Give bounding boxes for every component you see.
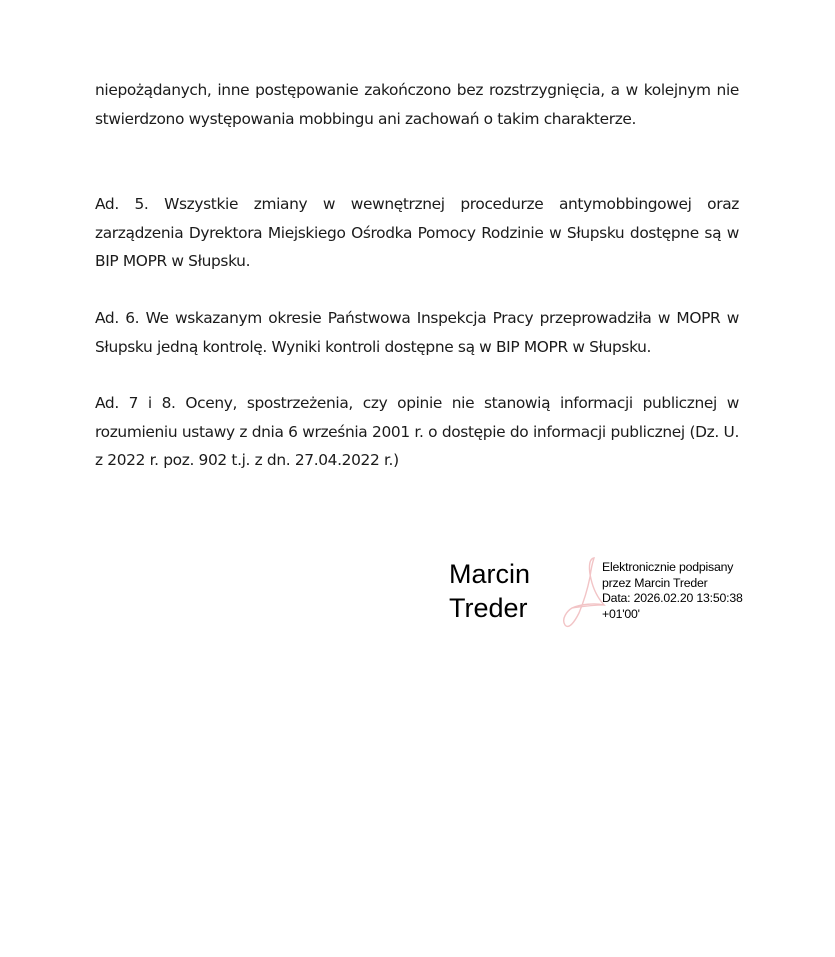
paragraph-ad-5: Ad. 5. Wszystkie zmiany w wewnętrznej pr… (95, 190, 739, 276)
paragraph-continuation: niepożądanych, inne postępowanie zakończ… (95, 76, 739, 133)
signer-last-name: Treder (449, 591, 530, 625)
paragraph-ad-7-8: Ad. 7 i 8. Oceny, spostrzeżenia, czy opi… (95, 389, 739, 475)
signature-line-date: Data: 2026.02.20 13:50:38 (602, 591, 743, 607)
signer-name: Marcin Treder (449, 557, 530, 625)
signer-first-name: Marcin (449, 557, 530, 591)
signature-line-signer: przez Marcin Treder (602, 576, 743, 592)
document-page: niepożądanych, inne postępowanie zakończ… (0, 0, 835, 957)
signature-details: Elektronicznie podpisany przez Marcin Tr… (602, 560, 743, 622)
signature-line-signed: Elektronicznie podpisany (602, 560, 743, 576)
adobe-acrobat-signature-icon (557, 555, 607, 633)
paragraph-ad-6: Ad. 6. We wskazanym okresie Państwowa In… (95, 304, 739, 361)
signature-line-timezone: +01'00' (602, 607, 743, 623)
